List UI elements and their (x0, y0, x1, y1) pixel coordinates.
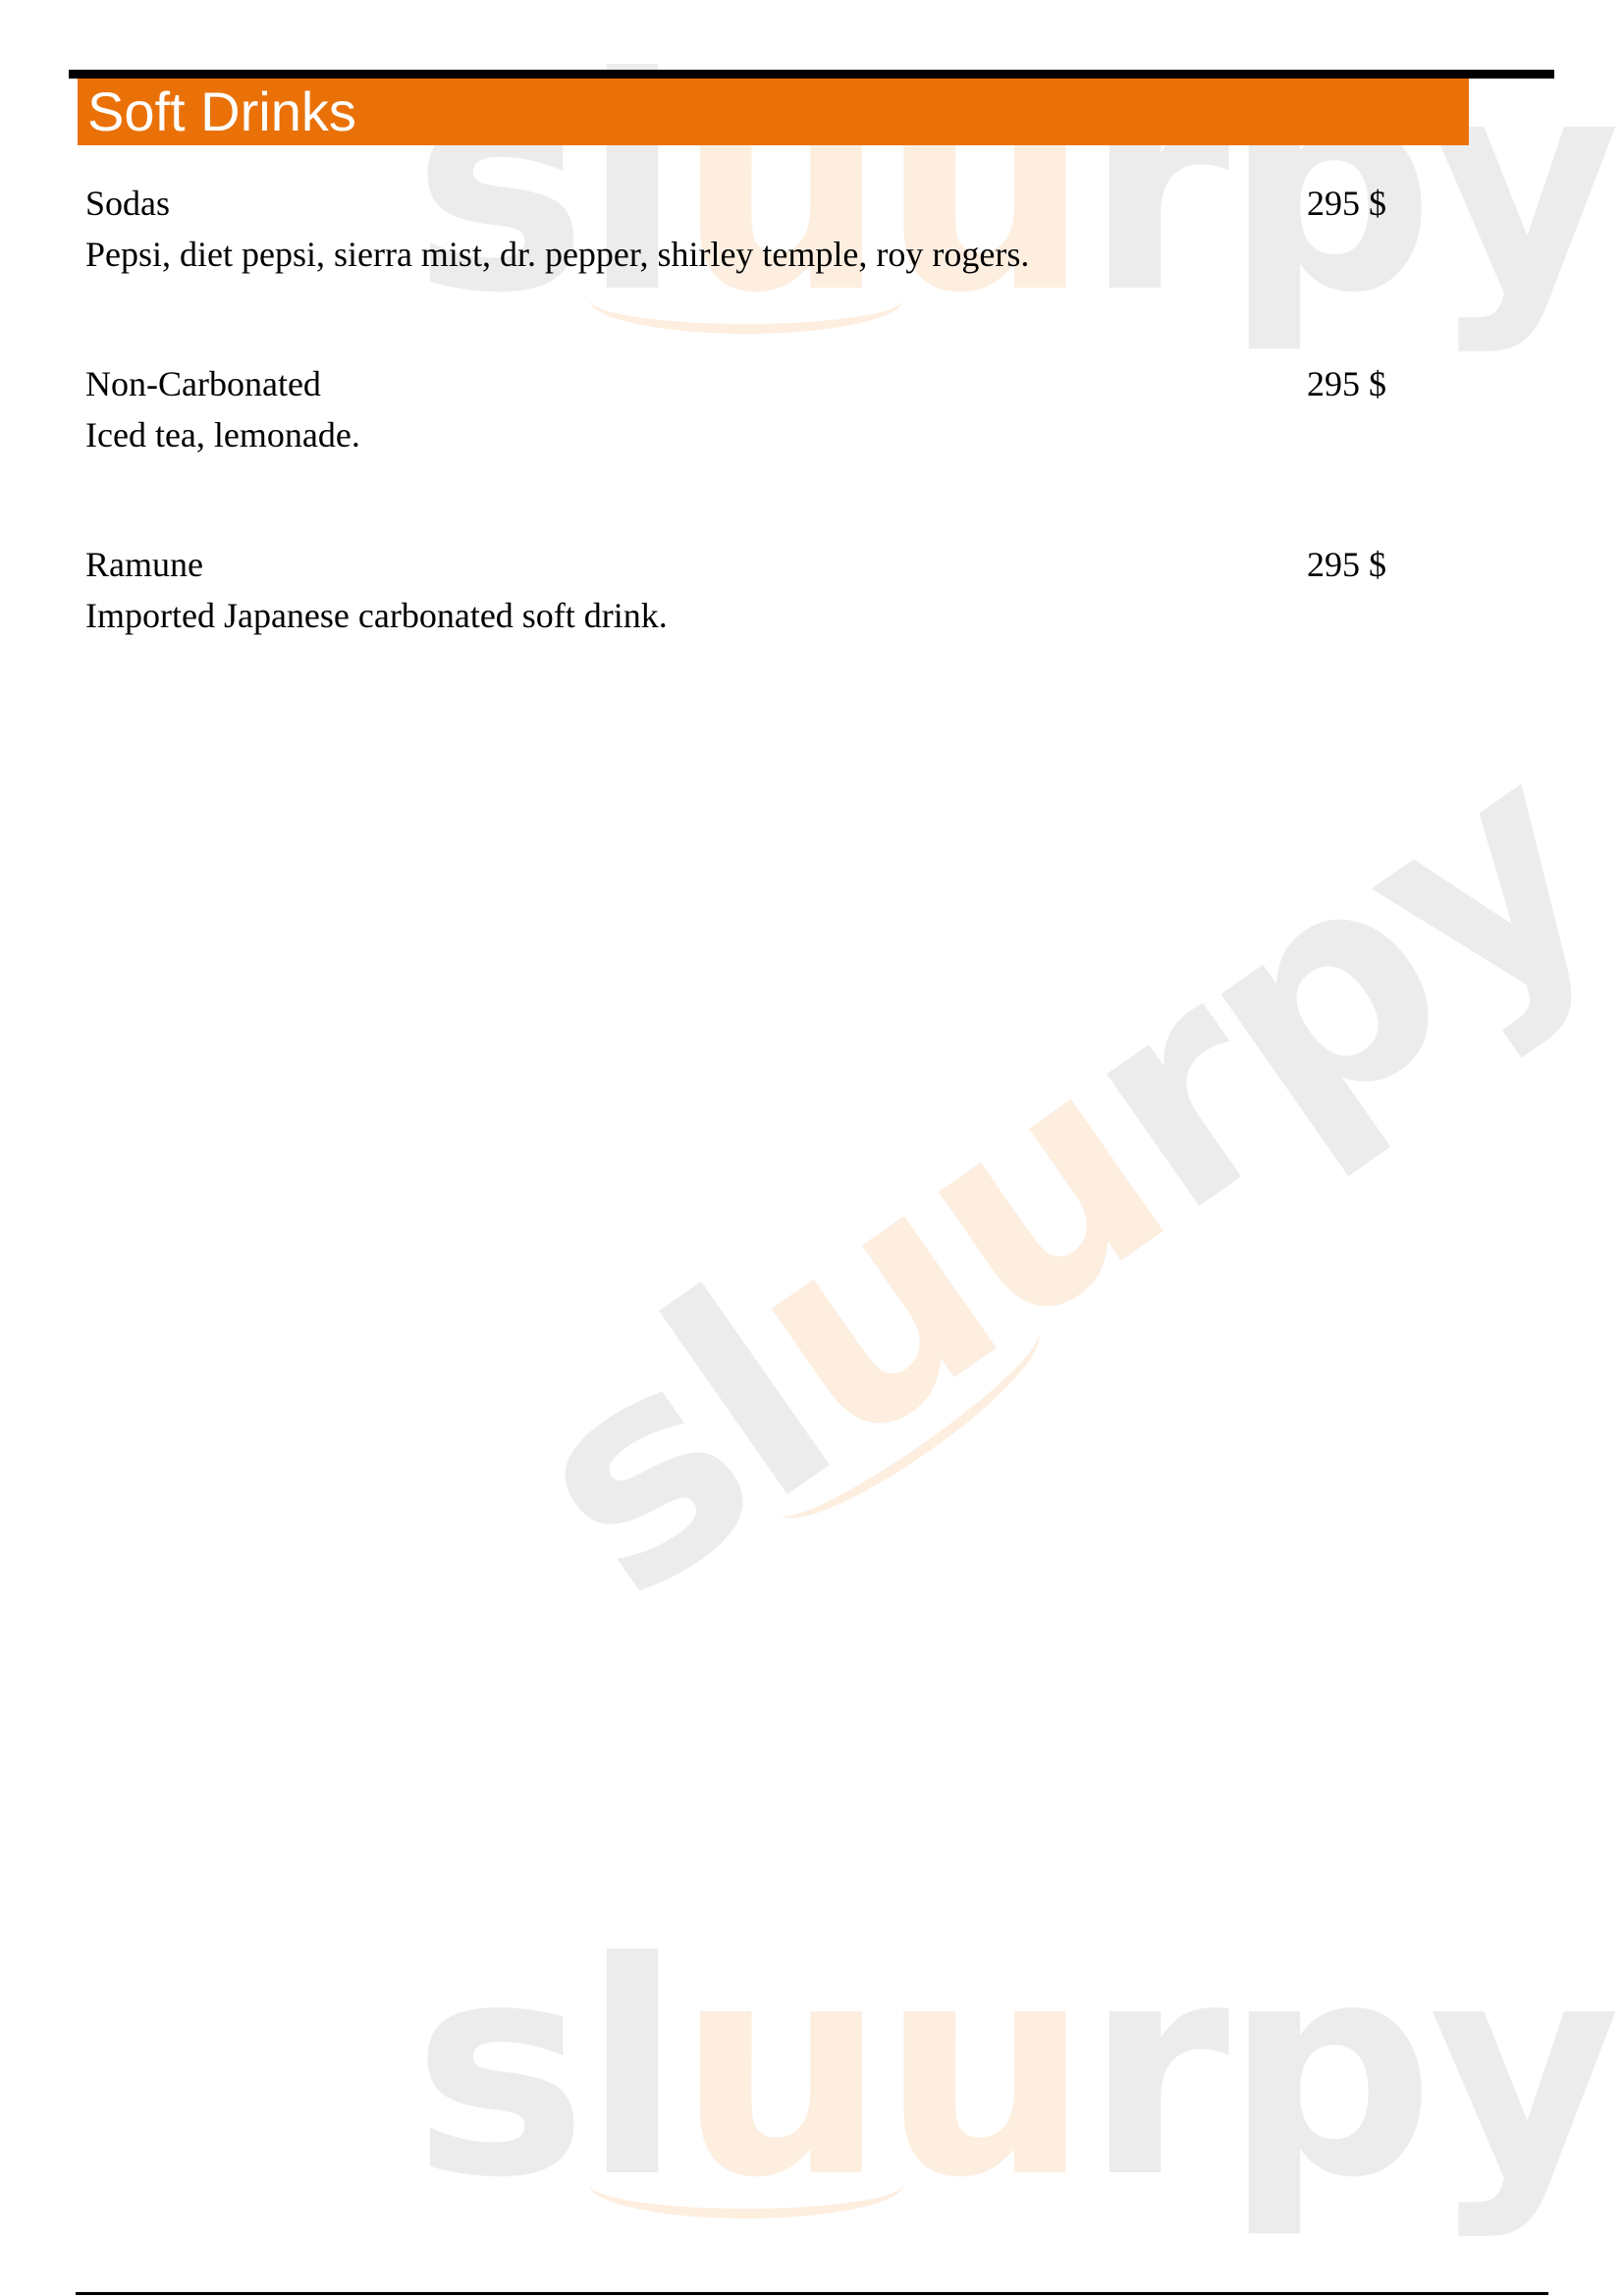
item-price: 295 $ (1307, 539, 1386, 590)
item-price: 295 $ (1307, 358, 1386, 409)
section-header: Soft Drinks (78, 79, 1469, 145)
menu-item: Non-Carbonated Iced tea, lemonade. 295 $ (85, 358, 1401, 460)
item-description: Iced tea, lemonade. (85, 409, 1401, 460)
item-description: Imported Japanese carbonated soft drink. (85, 590, 1401, 641)
section-title: Soft Drinks (87, 82, 356, 141)
watermark-text: rpy (1085, 1899, 1615, 2242)
top-rule (69, 70, 1554, 79)
item-description: Pepsi, diet pepsi, sierra mist, dr. pepp… (85, 229, 1401, 280)
item-name: Sodas (85, 178, 1401, 229)
watermark-logo: sluurpy (412, 1924, 1615, 2218)
menu-item: Sodas Pepsi, diet pepsi, sierra mist, dr… (85, 178, 1401, 280)
watermark-swirl-icon (589, 2150, 903, 2218)
item-name: Non-Carbonated (85, 358, 1401, 409)
item-price: 295 $ (1307, 178, 1386, 229)
item-name: Ramune (85, 539, 1401, 590)
menu-item: Ramune Imported Japanese carbonated soft… (85, 539, 1401, 641)
bottom-rule (76, 2292, 1548, 2295)
watermark-logo: sluurpy (486, 713, 1624, 1643)
